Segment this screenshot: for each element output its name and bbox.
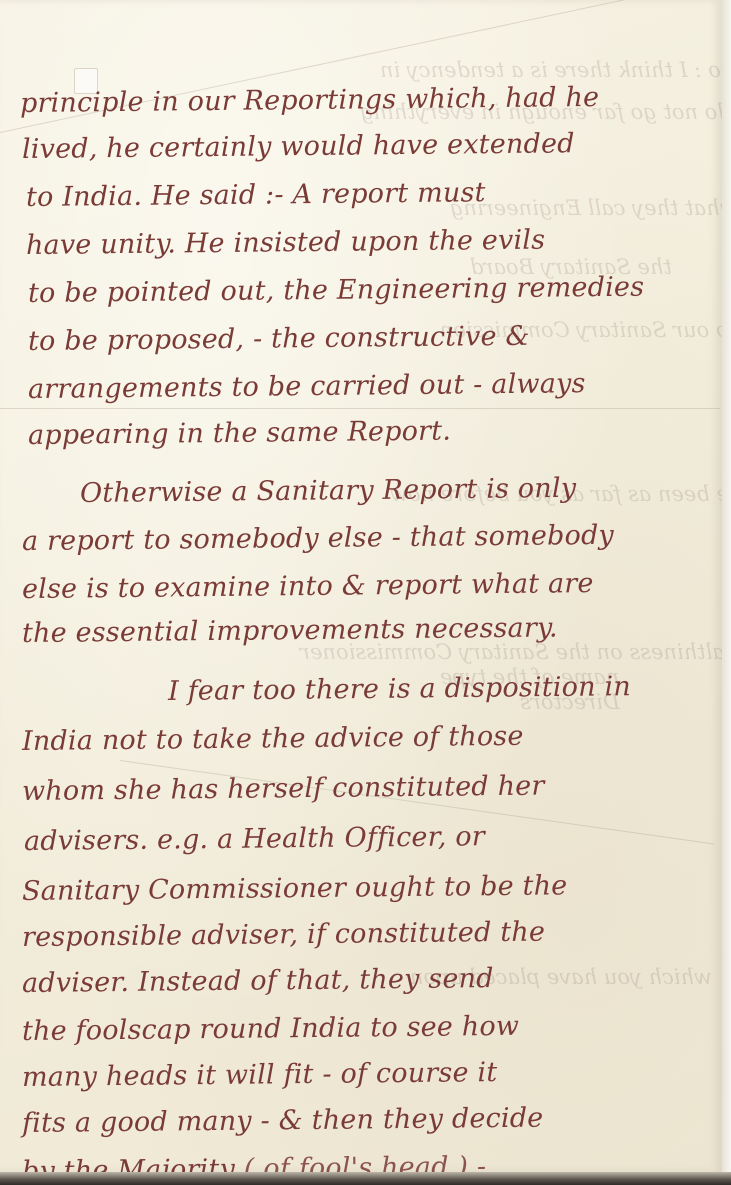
- text-line: whom she has herself constituted her: [22, 771, 545, 807]
- text-line: responsible adviser, if constituted the: [22, 917, 545, 953]
- manuscript-page: Also : I think there is a tendency in we…: [0, 0, 722, 1172]
- text-line: the foolscap round India to see how: [22, 1011, 519, 1047]
- text-line: to India. He said :- A report must: [26, 177, 486, 213]
- bleed-through-text: what they call Engineering: [450, 196, 731, 220]
- bleed-through-text: Also : I think there is a tendency in: [380, 58, 731, 82]
- text-line: to be proposed, - the constructive &: [28, 321, 530, 357]
- paper-crease: [0, 408, 720, 409]
- text-line: India not to take the advice of those: [22, 721, 524, 757]
- text-line: many heads it will fit - of course it: [22, 1057, 498, 1093]
- text-line: to be pointed out, the Engineering remed…: [28, 272, 645, 309]
- text-line: a report to somebody else - that somebod…: [22, 520, 614, 557]
- text-line: advisers. e.g. a Health Officer, or: [24, 821, 485, 857]
- text-line: principle in our Reportings which, had h…: [20, 82, 600, 119]
- text-line: I fear too there is a disposition in: [168, 671, 631, 707]
- text-line: adviser. Instead of that, they send: [22, 963, 494, 999]
- text-line: arrangements to be carried out - always: [28, 368, 586, 405]
- paper-right-edge: [722, 0, 731, 1185]
- text-line: appearing in the same Report.: [28, 416, 451, 451]
- text-line: Otherwise a Sanitary Report is only: [80, 473, 577, 509]
- scan-bottom-edge: [0, 1172, 731, 1185]
- text-line: Sanitary Commissioner ought to be the: [22, 870, 568, 907]
- text-line: fits a good many - & then they decide: [22, 1103, 544, 1139]
- text-line: else is to examine into & report what ar…: [22, 568, 594, 605]
- text-line: the essential improvements necessary.: [22, 612, 558, 649]
- text-line: have unity. He insisted upon the evils: [26, 225, 546, 261]
- text-line: lived, he certainly would have extended: [22, 128, 575, 165]
